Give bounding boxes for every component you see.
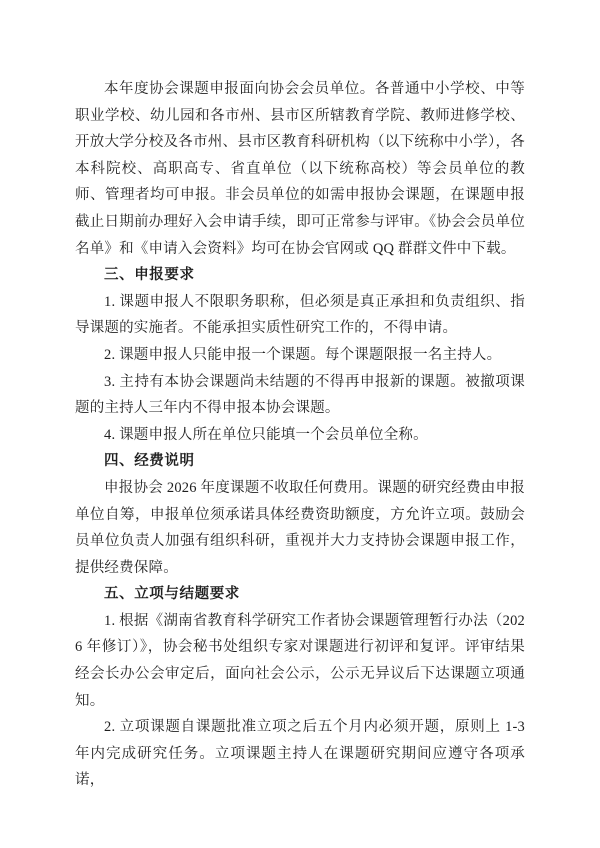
paragraph-funding: 申报协会 2026 年度课题不收取任何费用。课题的研究经费由申报单位自筹，申报单… — [75, 475, 525, 581]
heading-section-3-application-requirements: 三、申报要求 — [75, 262, 525, 289]
paragraph-eligibility: 本年度协会课题申报面向协会会员单位。各普通中小学校、中等职业学校、幼儿园和各市州… — [75, 76, 525, 262]
document-page: 本年度协会课题申报面向协会会员单位。各普通中小学校、中等职业学校、幼儿园和各市州… — [0, 0, 600, 848]
heading-section-5-approval-and-completion: 五、立项与结题要求 — [75, 581, 525, 608]
approval-item-2: 2. 立项课题自课题批准立项之后五个月内必须开题，原则上 1-3 年内完成研究任… — [75, 714, 525, 794]
approval-item-1: 1. 根据《湖南省教育科学研究工作者协会课题管理暂行办法（2026 年修订）》，… — [75, 608, 525, 714]
requirement-item-1: 1. 课题申报人不限职务职称，但必须是真正承担和负责组织、指导课题的实施者。不能… — [75, 289, 525, 342]
requirement-item-4: 4. 课题申报人所在单位只能填一个会员单位全称。 — [75, 422, 525, 449]
requirement-item-2: 2. 课题申报人只能申报一个课题。每个课题限报一名主持人。 — [75, 342, 525, 369]
requirement-item-3: 3. 主持有本协会课题尚未结题的不得再申报新的课题。被撤项课题的主持人三年内不得… — [75, 369, 525, 422]
heading-section-4-funding-notes: 四、经费说明 — [75, 448, 525, 475]
